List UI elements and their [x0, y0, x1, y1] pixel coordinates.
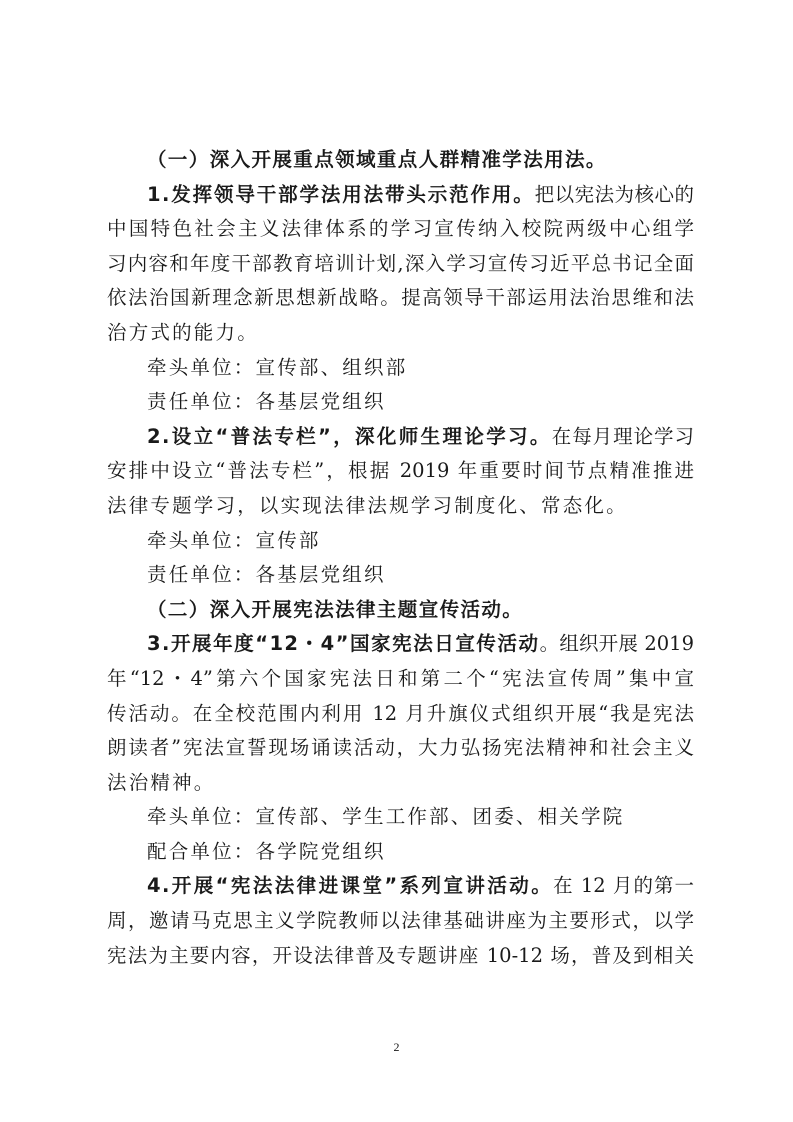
section-heading-2: （二）深入开展宪法法律主题宣传活动。	[107, 593, 694, 628]
item-4-line: 周，邀请马克思主义学院教师以法律基础讲座为主要形式，以学	[107, 904, 694, 939]
item-3-first-line: 3.开展年度“12・4”国家宪法日宣传活动。组织开展 2019	[107, 627, 694, 662]
item-3-line: 朗读者”宪法宣誓现场诵读活动，大力弘扬宪法精神和社会主义	[107, 731, 694, 766]
item-2-title: 2.设立“普法专栏”，深化师生理论学习。	[147, 425, 552, 448]
item-3-title: 3.开展年度“12・4”国家宪法日宣传活动	[147, 632, 540, 655]
item-4-line: 宪法为主要内容，开设法律普及专题讲座 10-12 场，普及到相关	[107, 939, 694, 974]
section-heading-1: （一）深入开展重点领域重点人群精准学法用法。	[107, 143, 694, 178]
item-2-lead-unit: 牵头单位：宣传部	[107, 524, 694, 559]
item-1-responsible-unit: 责任单位：各基层党组织	[107, 385, 694, 420]
item-1-line: 中国特色社会主义法律体系的学习宣传纳入校院两级中心组学	[107, 212, 694, 247]
item-1-title: 1.发挥领导干部学法用法带头示范作用。	[147, 183, 535, 206]
item-1-lead-unit: 牵头单位：宣传部、组织部	[107, 351, 694, 386]
item-2-responsible-unit: 责任单位：各基层党组织	[107, 558, 694, 593]
item-1-line: 治方式的能力。	[107, 316, 694, 351]
item-1-first-line: 1.发挥领导干部学法用法带头示范作用。把以宪法为核心的	[107, 178, 694, 213]
item-3-lead-unit: 牵头单位：宣传部、学生工作部、团委、相关学院	[107, 800, 694, 835]
item-3-line: 法治精神。	[107, 766, 694, 801]
document-body: （一）深入开展重点领域重点人群精准学法用法。 1.发挥领导干部学法用法带头示范作…	[107, 143, 694, 973]
item-1-text: 把以宪法为核心的	[535, 183, 694, 206]
item-2-line: 法律专题学习，以实现法律法规学习制度化、常态化。	[107, 489, 694, 524]
item-2-line: 安排中设立“普法专栏”，根据 2019 年重要时间节点精准推进	[107, 454, 694, 489]
item-3-text: 。组织开展 2019	[540, 632, 694, 655]
item-1-line: 依法治国新理念新思想新战略。提高领导干部运用法治思维和法	[107, 281, 694, 316]
item-3-line: 传活动。在全校范围内利用 12 月升旗仪式组织开展“我是宪法	[107, 697, 694, 732]
page-number: 2	[0, 1040, 793, 1055]
item-2-first-line: 2.设立“普法专栏”，深化师生理论学习。在每月理论学习	[107, 420, 694, 455]
item-3-cooperating-unit: 配合单位：各学院党组织	[107, 835, 694, 870]
item-3-line: 年“12・4”第六个国家宪法日和第二个“宪法宣传周”集中宣	[107, 662, 694, 697]
item-4-first-line: 4.开展“宪法法律进课堂”系列宣讲活动。在 12 月的第一	[107, 869, 694, 904]
item-4-text: 在 12 月的第一	[553, 874, 694, 897]
item-1-line: 习内容和年度干部教育培训计划,深入学习宣传习近平总书记全面	[107, 247, 694, 282]
item-4-title: 4.开展“宪法法律进课堂”系列宣讲活动。	[147, 874, 553, 897]
item-2-text: 在每月理论学习	[552, 425, 694, 448]
